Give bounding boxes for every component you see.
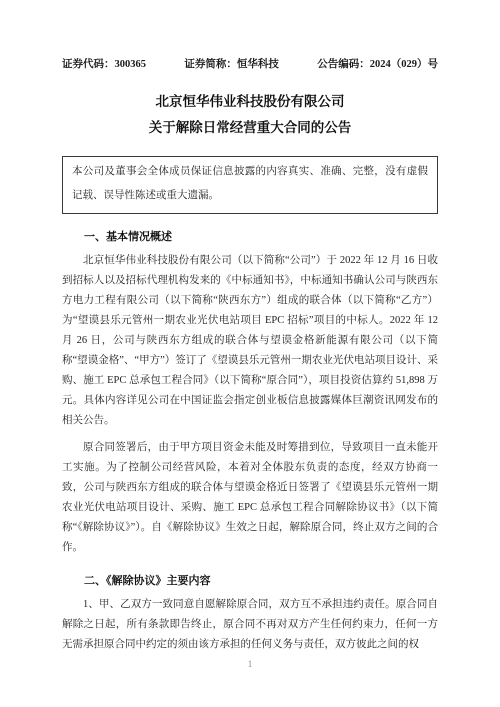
announcement-number: 公告编码：2024（029）号 [317,56,438,71]
paragraph-agreement-terms: 1、甲、乙双方一致同意自愿解除原合同，双方互不承担违约责任。原合同自解除之日起，… [62,595,438,655]
section-heading-agreement: 二、《解除协议》主要内容 [62,572,438,588]
stock-code: 证券代码：300365 [62,56,146,71]
section-heading-overview: 一、基本情况概述 [62,228,438,244]
title-line-company: 北京恒华伟业科技股份有限公司 [62,89,438,115]
document-title: 北京恒华伟业科技股份有限公司 关于解除日常经营重大合同的公告 [62,89,438,141]
paragraph-termination-background: 原合同签署后，由于甲方项目资金未能及时筹措到位，导致项目一直未能开工实施。为了控… [62,438,438,558]
document-header: 证券代码：300365 证券简称：恒华科技 公告编码：2024（029）号 [62,56,438,71]
section-agreement-content: 二、《解除协议》主要内容 1、甲、乙双方一致同意自愿解除原合同，双方互不承担违约… [62,572,438,655]
paragraph-contract-award: 北京恒华伟业科技股份有限公司（以下简称“公司”）于 2022 年 12 月 16… [62,251,438,431]
section-overview: 一、基本情况概述 北京恒华伟业科技股份有限公司（以下简称“公司”）于 2022 … [62,228,438,558]
stock-short-name: 证券简称：恒华科技 [184,56,279,71]
title-line-subject: 关于解除日常经营重大合同的公告 [62,115,438,141]
page-number: 1 [0,659,500,669]
document-page: 证券代码：300365 证券简称：恒华科技 公告编码：2024（029）号 北京… [0,0,500,707]
disclaimer-box: 本公司及董事会全体成员保证信息披露的内容真实、准确、完整，没有虚假记载、误导性陈… [62,156,438,214]
